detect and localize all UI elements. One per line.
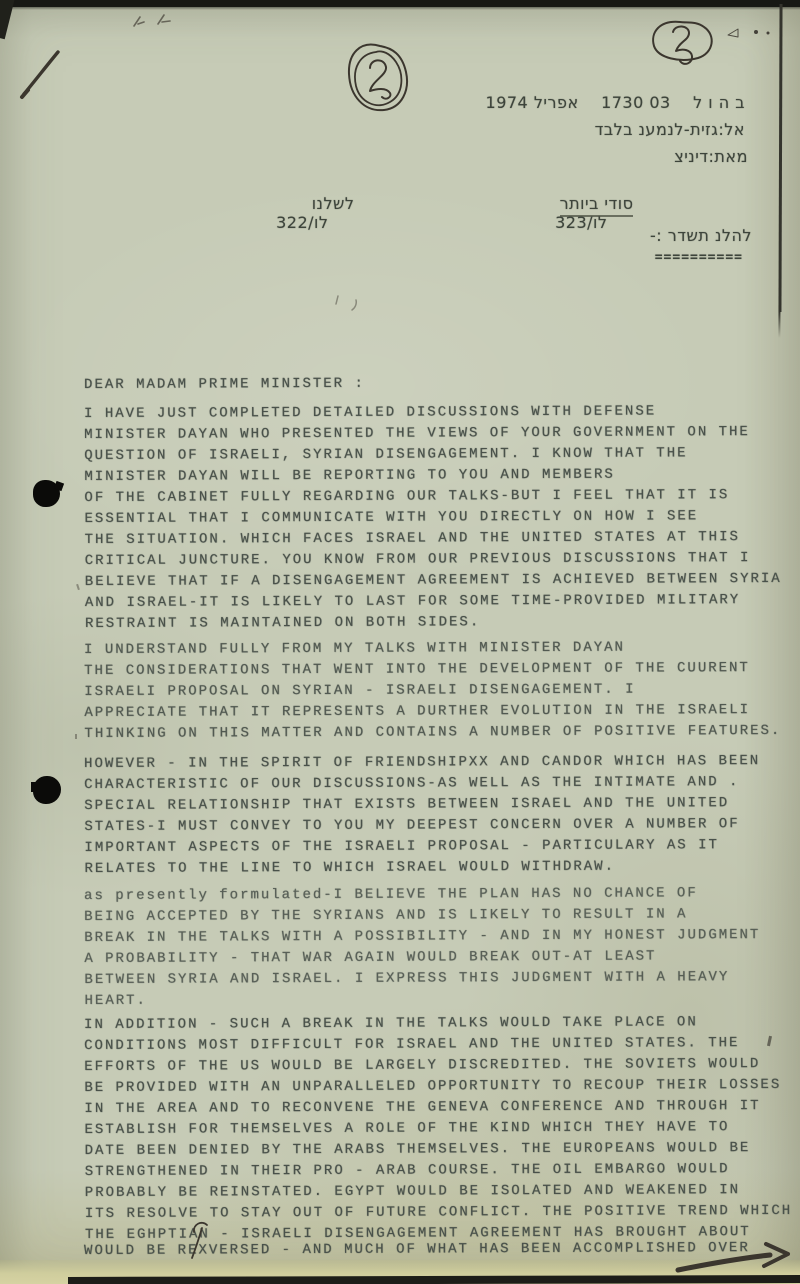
our-reference-label: לשלנו (312, 194, 355, 213)
hole-punch (33, 480, 60, 507)
arrow-right-annotation (670, 1240, 798, 1282)
urgency-date-line: ב ה ו ל 03 1730 אפריל 1974 (486, 93, 745, 112)
strike-correction-mark (184, 1218, 218, 1262)
paragraph-4: as presently formulated-I BELIEVE THE PL… (84, 883, 761, 1012)
our-reference-line: לשלנו לו/322 (276, 175, 388, 251)
addressee-line: אל:גזית-לנמענ בלבד (595, 120, 745, 139)
paragraph-2: I UNDERSTAND FULLY FROM MY TALKS WITH MI… (84, 637, 781, 745)
faint-tick-marks-middle (330, 292, 370, 314)
document-page: ב ה ו ל 03 1730 אפריל 1974 אל:גזית-לנמענ… (0, 0, 800, 1284)
scan-top-edge (0, 0, 800, 7)
ink-speck-left-margin (76, 584, 80, 590)
scan-corner-shadow (0, 0, 15, 39)
classification-reference: לו/323 (555, 213, 607, 232)
hole-punch (33, 776, 61, 804)
ink-specks-top-right (726, 26, 772, 42)
ink-speck-left-margin (75, 734, 77, 739)
circled-page-number-left (342, 38, 414, 118)
pen-slash-mark (16, 42, 72, 102)
paragraph-5: IN ADDITION - SUCH A BREAK IN THE TALKS … (84, 1012, 792, 1246)
paragraph-1: I HAVE JUST COMPLETED DETAILED DISCUSSIO… (84, 401, 782, 635)
paragraph-3: HOWEVER - IN THE SPIRIT OF FRIENDSHIPXX … (84, 751, 761, 880)
our-reference-number: לו/322 (276, 213, 328, 232)
sender-line: מאת:דיניצ (674, 147, 748, 166)
faint-tick-marks-top-left (126, 12, 172, 34)
scan-fold-line (778, 4, 782, 312)
circled-page-number-right (646, 16, 722, 68)
salutation: DEAR MADAM PRIME MINISTER : (84, 374, 365, 396)
separator-line: ========== (655, 250, 743, 265)
cable-intro-line: להלנ תשדר :- (650, 226, 752, 245)
